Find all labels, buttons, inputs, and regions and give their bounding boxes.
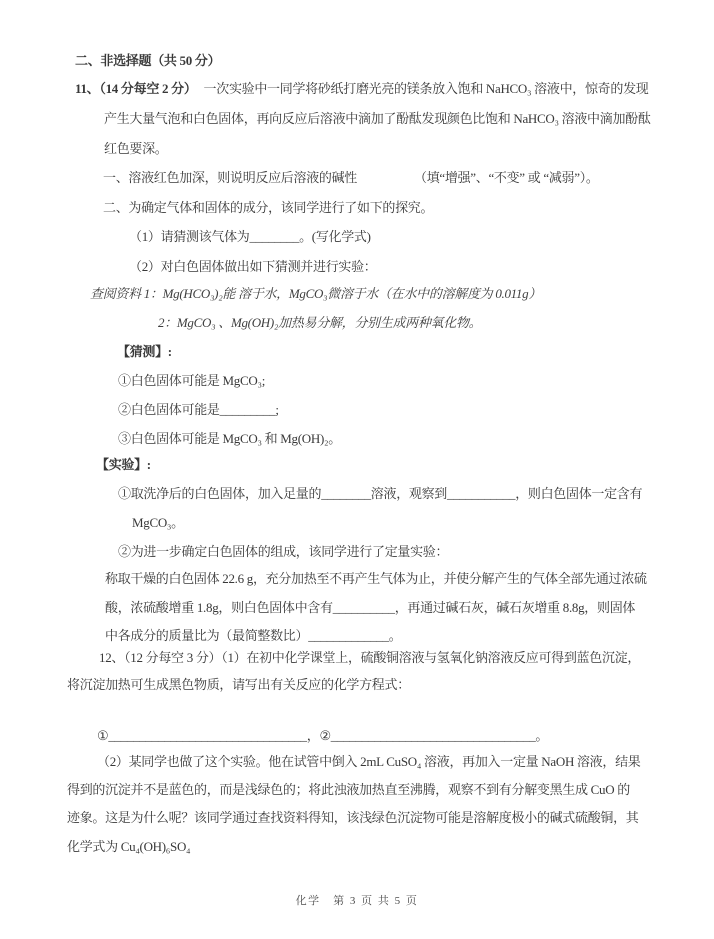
q11-part1-blank-line: 一、溶液红色加深，则说明反应后溶液的碱性 （填“增强”、“不变” 或 “减弱”）… (103, 169, 599, 186)
q11-guess1-line: ①白色固体可能是 MgCO₃; (118, 372, 265, 389)
q11-experiment-heading: 【实验】: (96, 456, 151, 473)
q11-exp2-line: ②为进一步确定白色固体的组成，该同学进行了定量实验： (118, 543, 448, 560)
q11-intro-line2: 产生大量气泡和白色固体，再向反应后溶液中滴加了酚酞发现颜色比饱和 NaHCO₃ … (104, 110, 651, 127)
q11-sub1-blank-line: （1）请猜测该气体为________。(写化学式) (129, 228, 371, 245)
q12-p2-line3: 迹象。这是为什么呢？该同学通过查找资料得知，该浅绿色沉淀物可能是溶解度极小的碱式… (67, 809, 639, 826)
q11-reference-line1: 查阅资料 1：Mg(HCO₃)₂能 溶于水，MgCO₃微溶于水（在水中的溶解度为… (90, 285, 541, 302)
q12-p2-line2: 得到的沉淀并不是蓝色的，而是浅绿色的；将此浊液加热直至沸腾，观察不到有分解变黑生… (67, 781, 630, 798)
q12-answer-blanks-line: ①________________________________，②_____… (97, 727, 548, 744)
q11-intro-line1: 11、（14 分每空 2 分）一次实验中一同学将砂纸打磨光亮的镁条放入饱和 Na… (75, 80, 649, 97)
q12-p2-line1: （2）某同学也做了这个实验。他在试管中倒入 2mL CuSO₄ 溶液，再加入一定… (97, 753, 640, 770)
q12-line2: 将沉淀加热可生成黑色物质，请写出有关反应的化学方程式： (67, 676, 410, 693)
q11-exp3-line1: 称取干燥的白色固体 22.6 g，充分加热至不再产生气体为止，并使分解产生的气体… (105, 570, 647, 587)
q11-guess-heading: 【猜测】: (117, 343, 172, 360)
q11-part2-line: 二、为确定气体和固体的成分，该同学进行了如下的探究。 (103, 199, 433, 216)
q12-line1: 12、（12 分每空 3 分）（1）在初中化学课堂上，硫酸铜溶液与氢氧化钠溶液反… (99, 649, 640, 666)
q11-guess2-blank-line: ②白色固体可能是_________; (118, 401, 279, 418)
q11-reference-line2: 2：MgCO₃ 、Mg(OH)₂加热易分解，分别生成两种氧化物。 (158, 314, 481, 331)
q11-number: 11、（14 分每空 2 分） (75, 81, 197, 96)
q11-exp3-blank-line3: 中各成分的质量比为（最简整数比）_____________。 (105, 627, 402, 644)
section-heading: 二、非选择题（共 50 分） (75, 52, 220, 69)
q11-sub2-line: （2）对白色固体做出如下猜测并进行实验： (129, 258, 377, 275)
q11-guess3-line: ③白色固体可能是 MgCO₃ 和 Mg(OH)₂。 (118, 430, 341, 447)
q11-exp1-line2: MgCO₃。 (132, 514, 184, 531)
exam-page: 二、非选择题（共 50 分） 11、（14 分每空 2 分）一次实验中一同学将砂… (0, 0, 714, 939)
q11-exp1-blank-line: ①取洗净后的白色固体，加入足量的________溶液，观察到__________… (118, 485, 642, 502)
q11-exp3-blank-line2: 酸，浓硫酸增重 1.8g，则白色固体中含有__________，再通过碱石灰，碱… (105, 599, 635, 616)
q11-intro-line3: 红色要深。 (104, 140, 168, 157)
page-footer: 化学 第 3 页 共 5 页 (0, 892, 714, 908)
q11-intro-text: 一次实验中一同学将砂纸打磨光亮的镁条放入饱和 NaHCO₃ 溶液中，惊奇的发现 (204, 81, 649, 96)
q12-p2-line4: 化学式为 Cu₄(OH)₆SO₄ (67, 838, 190, 855)
